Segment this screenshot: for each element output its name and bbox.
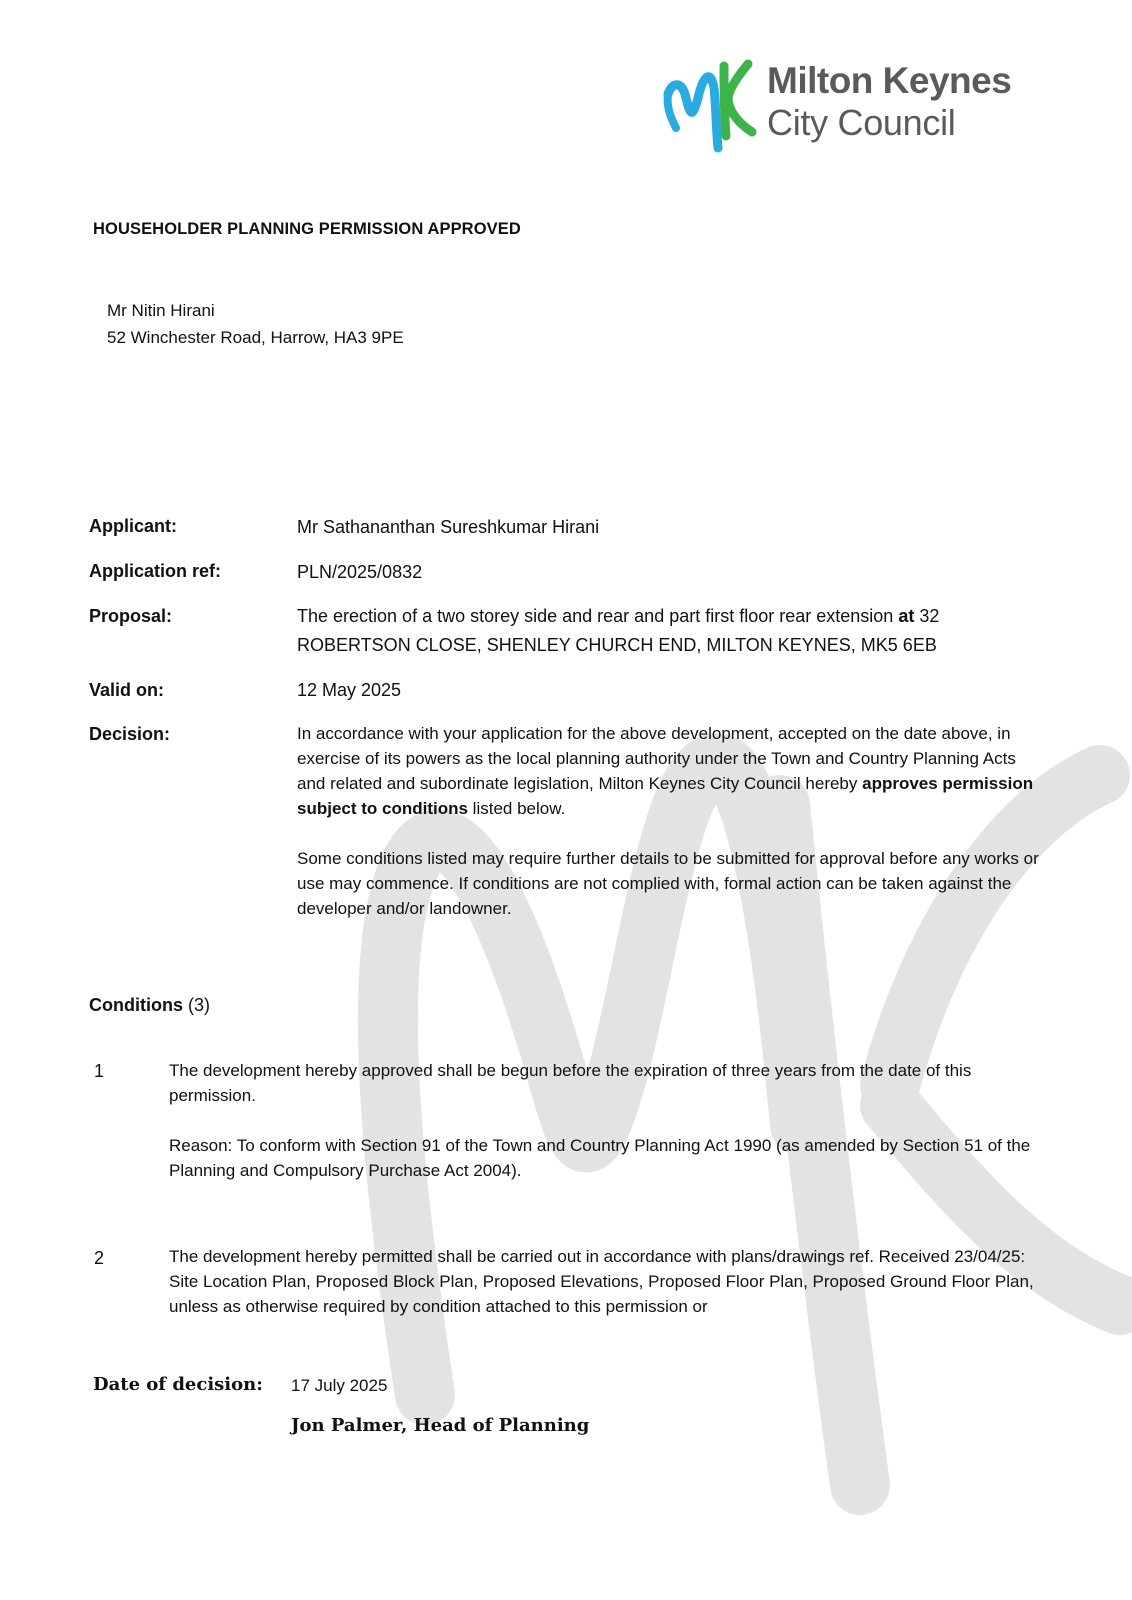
condition-item: The development hereby approved shall be… (169, 1058, 1049, 1208)
condition-number: 1 (94, 1061, 104, 1082)
condition-reason: Reason: To conform with Section 91 of th… (169, 1133, 1049, 1183)
condition-number: 2 (94, 1248, 104, 1269)
conditions-list: 1 The development hereby approved shall … (0, 0, 1132, 1600)
date-of-decision-label: Date of decision: (93, 1374, 263, 1395)
condition-text: The development hereby permitted shall b… (169, 1244, 1049, 1319)
condition-item: The development hereby permitted shall b… (169, 1244, 1049, 1344)
date-of-decision-value: 17 July 2025 (291, 1376, 387, 1396)
condition-text: The development hereby approved shall be… (169, 1058, 1049, 1108)
signatory: Jon Palmer, Head of Planning (291, 1415, 589, 1436)
